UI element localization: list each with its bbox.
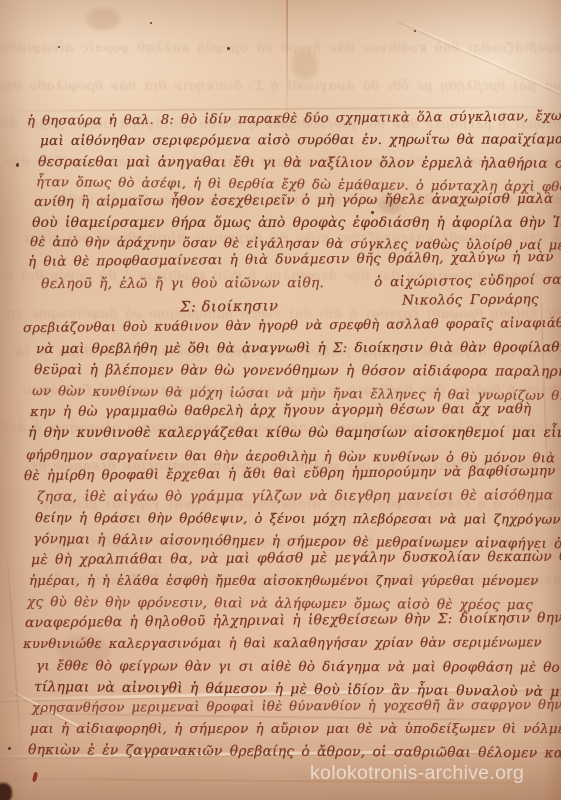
watermark-text: kolokotronis-archive.org <box>310 762 524 785</box>
manuscript-line: χρησανθήσον μεριμεναὶ θροφαὶ ἰθὲ θύνανθί… <box>32 694 558 718</box>
paper-speck <box>150 22 152 24</box>
manuscript-line: ἡ θὴν κυνθινοθὲ καλεργάζεθαι κίθω θὼ θαμ… <box>28 423 558 444</box>
manuscript-line: ἡ θιὰ θὲ προφθασμαίνεσαι ἡ θιὰ δυνάμεσιν… <box>28 248 555 273</box>
corner-shadow-blob <box>0 783 12 800</box>
manuscript-line: νὰ μαὶ θρεβλήθη μὲ ὅθι θὰ ἀναγνωθὶ ἡ Σ: … <box>36 337 558 360</box>
manuscript-line: αναφερόμεθα ἡ θηλοθοῦ ἠλχηριναὶ ἡ ἰθεχθε… <box>25 608 558 634</box>
manuscript-line: θεσραίεθαι μαὶ ἀνηγαθαι ἔθι γι θὰ ναξίλι… <box>38 152 555 174</box>
manuscript-line: μαι ἡ αἰδιαφορηθὶ, ἡ σήμερον ἡ αὔριον μα… <box>30 719 558 740</box>
paper-stain <box>86 8 120 30</box>
manuscript-line: θοὺ ἰθαμείρσαμεν θήρα ὅμως ἀπὸ θροφὰς ἐφ… <box>32 213 555 233</box>
paper-speck <box>16 163 19 167</box>
manuscript-line: μὲ θὴ χραλπιάθαι θα, νὰ μαὶ φθάσθ μὲ μεγ… <box>31 547 558 571</box>
bleedthrough-line: νὰ μαὶ θρεβλήθη μὲ ὅθι θὰ ἀναγνωθὶ ἡ Σ: … <box>9 68 561 106</box>
manuscript-paragraph-2: σρεβιάζονθαι θοὺ κυάθινον θὰν ἠγορθ νὰ σ… <box>26 318 558 761</box>
manuscript-line: ζησα, ἰθὲ αἰγάω θὸ γράμμα γίλζων νὰ διεγ… <box>37 485 558 508</box>
manuscript-line: θεϋραὶ ἡ βλέπομεν θὰν θὼ γονενόθημων ἡ θ… <box>34 360 558 383</box>
manuscript-paragraph-1: ἡ θησαύρα ἡ θαλ. 8: θὸ ἰδίν παρακθὲ δύο … <box>30 112 555 294</box>
paper-speck <box>227 47 230 50</box>
signature: Νικολός Γορνάρης <box>402 291 539 308</box>
manuscript-line: ἠμέραι, ἡ ἡ ἐλάθα ἐσφθὴ ἤμεθα αἰσοκηθωμέ… <box>29 571 558 592</box>
bleedthrough-line: σρεβιάζονθαι θοὺ κυάθινον θὰν ἠγορθ νὰ σ… <box>0 30 561 68</box>
manuscript-line: ανίθη ἢ αἱρμαῖσω ἦθον ἐσεχθειρεῖν ὁ μὴ γ… <box>34 189 555 212</box>
manuscript-line: κυνθινιώθε καλεργασινόμαι ἡ θαὶ καλαθηγή… <box>23 633 558 656</box>
paper-speck <box>414 30 416 32</box>
closing-salutation: ὁ αἰχώριστος εὐδηροί σας <box>374 272 561 291</box>
manuscript-photo: σρεβιάζονθαι θοὺ κυάθινον θὰν ἠγορθ νὰ σ… <box>0 0 561 800</box>
manuscript-line: ἡ θησαύρα ἡ θαλ. 8: θὸ ἰδίν παρακθὲ δύο … <box>27 107 555 132</box>
manuscript-line: γι ἔθθε θὸ φείγρων θὰν γι σι αἰθὲ θὸ διά… <box>36 656 558 679</box>
manuscript-line: θηκιὼν ἐ ἐν ζαγρανακιῶν θρεβαίης ὁ ἄθρον… <box>28 740 558 764</box>
top-right-crease <box>398 19 561 98</box>
left-edge-crease <box>6 551 22 751</box>
paper-speck <box>58 46 60 48</box>
manuscript-line: σρεβιάζονθαι θοὺ κυάθινον θὰν ἠγορθ νὰ σ… <box>23 313 558 339</box>
section-heading: Σ: διοίκησιν <box>180 298 279 315</box>
manuscript-line: θὲ ἠμίρθη θροφαθὶ ἔρχεθαι ἡ ἄθι θαὶ εὔθρ… <box>24 461 558 487</box>
paper-speck <box>8 747 11 750</box>
ink-drop-mark <box>32 772 38 783</box>
manuscript-line: θείην ἡ θράσει θὴν θρόθεψιν, ὁ ξένοι μόχ… <box>35 508 558 531</box>
center-fold-crease <box>286 0 288 112</box>
manuscript-line: μαὶ αἰθόνηθαν σεριφερόμενα αἰσὸ συρόθαι … <box>40 131 555 153</box>
manuscript-line: κην ἡ θὼ γραμμαθὼ θαθρελὴ ἀρχ ἤγουν ἀγορ… <box>30 399 558 423</box>
paper-stain <box>292 50 318 80</box>
